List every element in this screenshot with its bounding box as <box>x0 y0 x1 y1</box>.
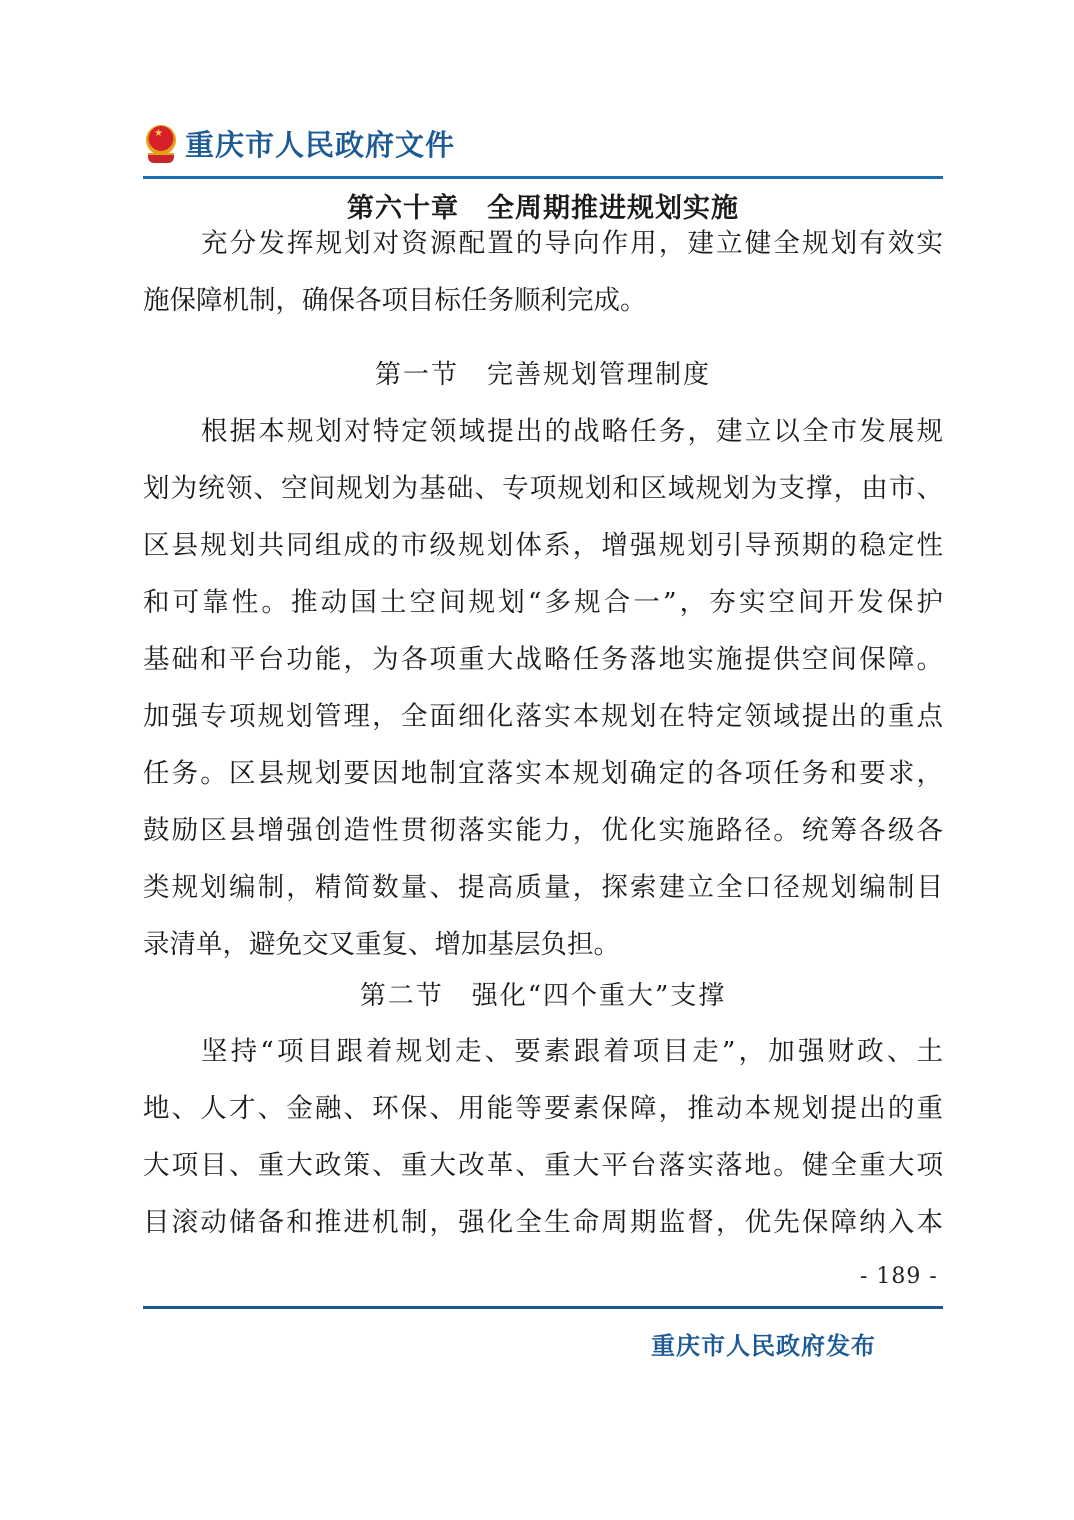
text-line: 基础和平台功能，为各项重大战略任务落地实施提供空间保障。 <box>143 631 943 688</box>
header-title: 重庆市人民政府文件 <box>185 123 455 164</box>
text-line: 类规划编制，精简数量、提高质量，探索建立全口径规划编制目 <box>143 859 943 916</box>
publisher-label: 重庆市人民政府发布 <box>651 1326 876 1361</box>
text-line: 加强专项规划管理，全面细化落实本规划在特定领域提出的重点 <box>143 688 943 745</box>
text-line: 大项目、重大政策、重大改革、重大平台落实落地。健全重大项 <box>143 1137 943 1194</box>
text-line: 划为统领、空间规划为基础、专项规划和区域规划为支撑，由市、 <box>143 460 943 517</box>
text-line: 坚持“项目跟着规划走、要素跟着项目走”，加强财政、土 <box>143 1023 943 1080</box>
footer-divider <box>143 1306 943 1309</box>
national-emblem-icon: ★ <box>143 123 179 163</box>
text-line: 任务。区县规划要因地制宜落实本规划确定的各项任务和要求， <box>143 745 943 802</box>
document-header: ★ 重庆市人民政府文件 <box>143 120 455 166</box>
section-title: 第一节 完善规划管理制度 <box>143 354 943 391</box>
text-line: 充分发挥规划对资源配置的导向作用，建立健全规划有效实 <box>143 215 943 272</box>
section-1-paragraph: 根据本规划对特定领域提出的战略任务，建立以全市发展规 划为统领、空间规划为基础、… <box>143 403 943 973</box>
text-line: 地、人才、金融、环保、用能等要素保障，推动本规划提出的重 <box>143 1080 943 1137</box>
text-line: 目滚动储备和推进机制，强化全生命周期监督，优先保障纳入本 <box>143 1194 943 1251</box>
text-line: 和可靠性。推动国土空间规划“多规合一”，夯实空间开发保护 <box>143 574 943 631</box>
text-line: 区县规划共同组成的市级规划体系，增强规划引导预期的稳定性 <box>143 517 943 574</box>
header-divider <box>143 176 943 179</box>
text-line: 施保障机制，确保各项目标任务顺利完成。 <box>143 272 943 329</box>
section-title: 第二节 强化“四个重大”支撑 <box>143 975 943 1012</box>
page-number: - 189 - <box>860 1264 938 1289</box>
chapter-intro-paragraph: 充分发挥规划对资源配置的导向作用，建立健全规划有效实 施保障机制，确保各项目标任… <box>143 215 943 329</box>
section-2-paragraph: 坚持“项目跟着规划走、要素跟着项目走”，加强财政、土 地、人才、金融、环保、用能… <box>143 1023 943 1251</box>
text-line: 鼓励区县增强创造性贯彻落实能力，优化实施路径。统筹各级各 <box>143 802 943 859</box>
text-line: 录清单，避免交叉重复、增加基层负担。 <box>143 916 943 973</box>
text-line: 根据本规划对特定领域提出的战略任务，建立以全市发展规 <box>143 403 943 460</box>
